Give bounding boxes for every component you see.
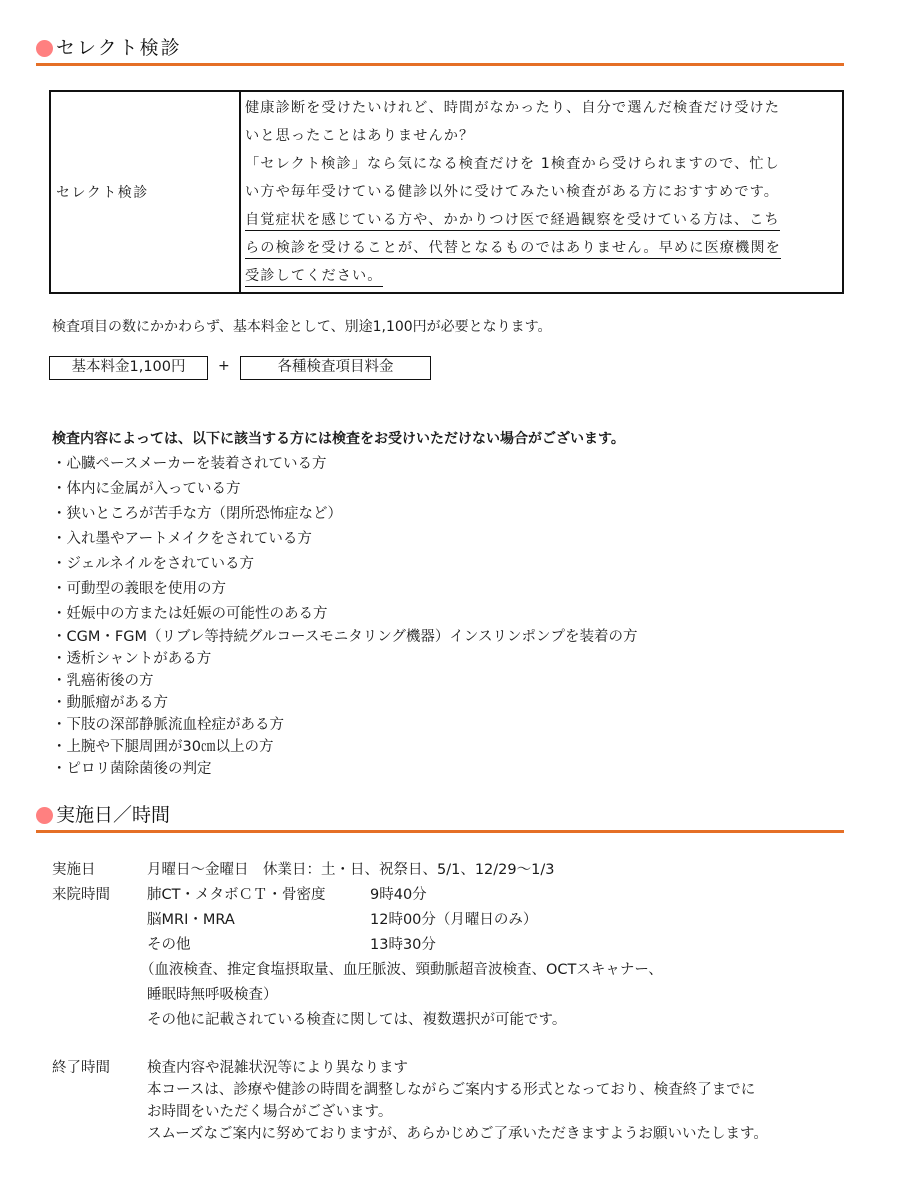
arrival-label: 来院時間 bbox=[52, 883, 110, 904]
arrival-time: 13時30分 bbox=[370, 933, 436, 954]
intro-caution-text: 受診してください。 bbox=[245, 268, 383, 287]
exclusion-item: ・上腕や下腿周囲が30㎝以上の方 bbox=[52, 735, 273, 756]
section-title: 実施日／時間 bbox=[36, 803, 170, 827]
end-time-label: 終了時間 bbox=[52, 1056, 110, 1077]
exclusion-item: ・狭いところが苦手な方（閉所恐怖症など） bbox=[52, 502, 342, 523]
exclusion-item: ・動脈瘤がある方 bbox=[52, 691, 168, 712]
exclusion-item: ・乳癌術後の方 bbox=[52, 669, 154, 690]
intro-caution-text: 自覚症状を感じている方や、かかりつけ医で経過観察を受けている方は、こち bbox=[245, 212, 780, 231]
intro-table-label: セレクト検診 bbox=[56, 182, 149, 202]
exclusion-item: ・体内に金属が入っている方 bbox=[52, 477, 241, 498]
exclusion-item: ・CGM・FGM（リブレ等持続グルコースモニタリング機器）インスリンポンプを装着… bbox=[52, 625, 638, 646]
fee-note: 検査項目の数にかかわらず、基本料金として、別途1,100円が必要となります。 bbox=[52, 316, 552, 336]
arrival-exam: 脳MRI・MRA bbox=[147, 908, 235, 929]
days-label: 実施日 bbox=[52, 858, 96, 879]
days-value: 月曜日～金曜日 休業日：土・日、祝祭日、5/1、12/29～1/3 bbox=[147, 858, 554, 879]
exclusion-item: ・入れ墨やアートメイクをされている方 bbox=[52, 527, 312, 548]
intro-caution-text: らの検診を受けることが、代替となるものではありません。早めに医療機関を bbox=[245, 240, 781, 259]
intro-caution-line: らの検診を受けることが、代替となるものではありません。早めに医療機関を bbox=[245, 234, 843, 262]
intro-line: いと思ったことはありませんか？ bbox=[245, 122, 843, 150]
bullet-dot-icon bbox=[36, 40, 53, 57]
intro-line: 健康診断を受けたいけれど、時間がなかったり、自分で選んだ検査だけ受けた bbox=[245, 94, 843, 122]
section-heading-schedule: 実施日／時間 bbox=[36, 803, 844, 835]
plus-sign: + bbox=[218, 358, 230, 374]
arrival-exam: その他 bbox=[147, 933, 191, 954]
exclusion-item: ・妊娠中の方または妊娠の可能性のある方 bbox=[52, 602, 328, 623]
other-exams-detail: （血液検査、推定食塩摂取量、血圧脈波、頸動脈超音波検査、OCTスキャナー、 bbox=[140, 958, 663, 979]
intro-line: い方や毎年受けている健診以外に受けてみたい検査がある方におすすめです。 bbox=[245, 178, 843, 206]
section-title-text: セレクト検診 bbox=[56, 36, 182, 60]
other-exams-detail: 睡眠時無呼吸検査） bbox=[147, 983, 278, 1004]
intro-table-description-cell: 健康診断を受けたいけれど、時間がなかったり、自分で選んだ検査だけ受けた いと思っ… bbox=[243, 94, 843, 290]
end-time-line: スムーズなご案内に努めておりますが、あらかじめご了承いただきますようお願いいたし… bbox=[147, 1122, 768, 1143]
exclusion-heading: 検査内容によっては、以下に該当する方には検査をお受けいただけない場合がございます… bbox=[52, 428, 625, 448]
base-fee-label: 基本料金1,100円 bbox=[71, 359, 185, 375]
exclusion-item: ・ジェルネイルをされている方 bbox=[52, 552, 254, 573]
intro-caution-line: 自覚症状を感じている方や、かかりつけ医で経過観察を受けている方は、こち bbox=[245, 206, 843, 234]
end-time-line: お時間をいただく場合がございます。 bbox=[147, 1100, 392, 1121]
exam-items-fee-label: 各種検査項目料金 bbox=[278, 359, 394, 375]
intro-line: 「セレクト検診」なら気になる検査だけを 1検査から受けられますので、忙し bbox=[245, 150, 843, 178]
arrival-time: 12時00分（月曜日のみ） bbox=[370, 908, 537, 929]
exclusion-item: ・心臓ペースメーカーを装着されている方 bbox=[52, 452, 326, 473]
intro-table-label-cell: セレクト検診 bbox=[51, 92, 241, 292]
section-divider bbox=[36, 63, 844, 66]
arrival-exam: 肺CT・メタボＣＴ・骨密度 bbox=[147, 883, 325, 904]
intro-table: セレクト検診 健康診断を受けたいけれど、時間がなかったり、自分で選んだ検査だけ受… bbox=[49, 90, 844, 294]
exclusion-item: ・可動型の義眼を使用の方 bbox=[52, 577, 226, 598]
exclusion-item: ・透析シャントがある方 bbox=[52, 647, 211, 668]
section-title: セレクト検診 bbox=[36, 36, 182, 60]
section-heading-select-checkup: セレクト検診 bbox=[36, 36, 844, 68]
end-time-line: 検査内容や混雑状況等により異なります bbox=[147, 1056, 408, 1077]
intro-caution-line: 受診してください。 bbox=[245, 262, 843, 290]
end-time-line: 本コースは、診療や健診の時間を調整しながらご案内する形式となっており、検査終了ま… bbox=[147, 1078, 755, 1099]
section-divider bbox=[36, 830, 844, 833]
base-fee-box: 基本料金1,100円 bbox=[49, 356, 208, 380]
exclusion-item: ・下肢の深部静脈流血栓症がある方 bbox=[52, 713, 284, 734]
arrival-time: 9時40分 bbox=[370, 883, 427, 904]
bullet-dot-icon bbox=[36, 807, 53, 824]
exam-items-fee-box: 各種検査項目料金 bbox=[240, 356, 431, 380]
section-title-text: 実施日／時間 bbox=[56, 803, 170, 827]
exclusion-item: ・ピロリ菌除菌後の判定 bbox=[52, 757, 212, 778]
multi-select-note: その他に記載されている検査に関しては、複数選択が可能です。 bbox=[147, 1008, 566, 1029]
